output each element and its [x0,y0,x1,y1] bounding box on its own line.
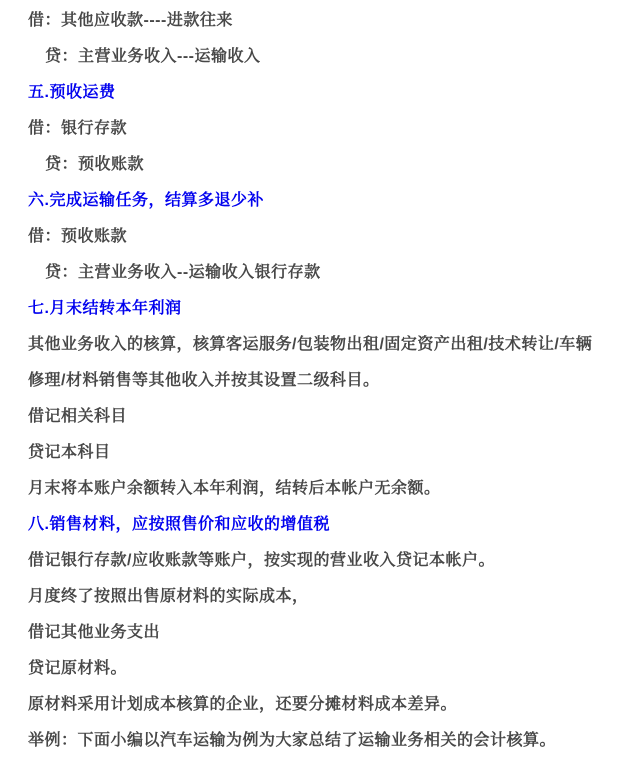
paragraph-line: 贷：预收账款 [28,147,617,183]
article-body: 借：其他应收款----进款往来贷：主营业务收入---运输收入五.预收运费借：银行… [0,0,621,776]
paragraph-line: 月度终了按照出售原材料的实际成本， [28,579,617,615]
paragraph-line: 举例：下面小编以汽车运输为例为大家总结了运输业务相关的会计核算。 [28,723,617,759]
paragraph-line: 借记银行存款/应收账款等账户，按实现的营业收入贷记本帐户。 [28,543,617,579]
section-heading: 七.月末结转本年利润 [28,291,617,327]
paragraph-line: 借：其他应收款----进款往来 [28,3,617,39]
section-heading: 五.预收运费 [28,75,617,111]
section-heading: 六.完成运输任务，结算多退少补 [28,183,617,219]
section-heading: 八.销售材料，应按照售价和应收的增值税 [28,507,617,543]
paragraph-line: 贷记原材料。 [28,651,617,687]
paragraph-line: 借记其他业务支出 [28,615,617,651]
paragraph-line: 修理/材料销售等其他收入并按其设置二级科目。 [28,363,617,399]
paragraph-line: 贷：主营业务收入--运输收入银行存款 [28,255,617,291]
paragraph-line: 借：银行存款 [28,111,617,147]
paragraph-line: 借记相关科目 [28,399,617,435]
paragraph-line: 月末将本账户余额转入本年利润，结转后本帐户无余额。 [28,471,617,507]
paragraph-line: 贷记本科目 [28,435,617,471]
paragraph-line: 其他业务收入的核算，核算客运服务/包装物出租/固定资产出租/技术转让/车辆 [28,327,617,363]
paragraph-line: 借：预收账款 [28,219,617,255]
paragraph-line: 贷：主营业务收入---运输收入 [28,39,617,75]
paragraph-line: 原材料采用计划成本核算的企业，还要分摊材料成本差异。 [28,687,617,723]
